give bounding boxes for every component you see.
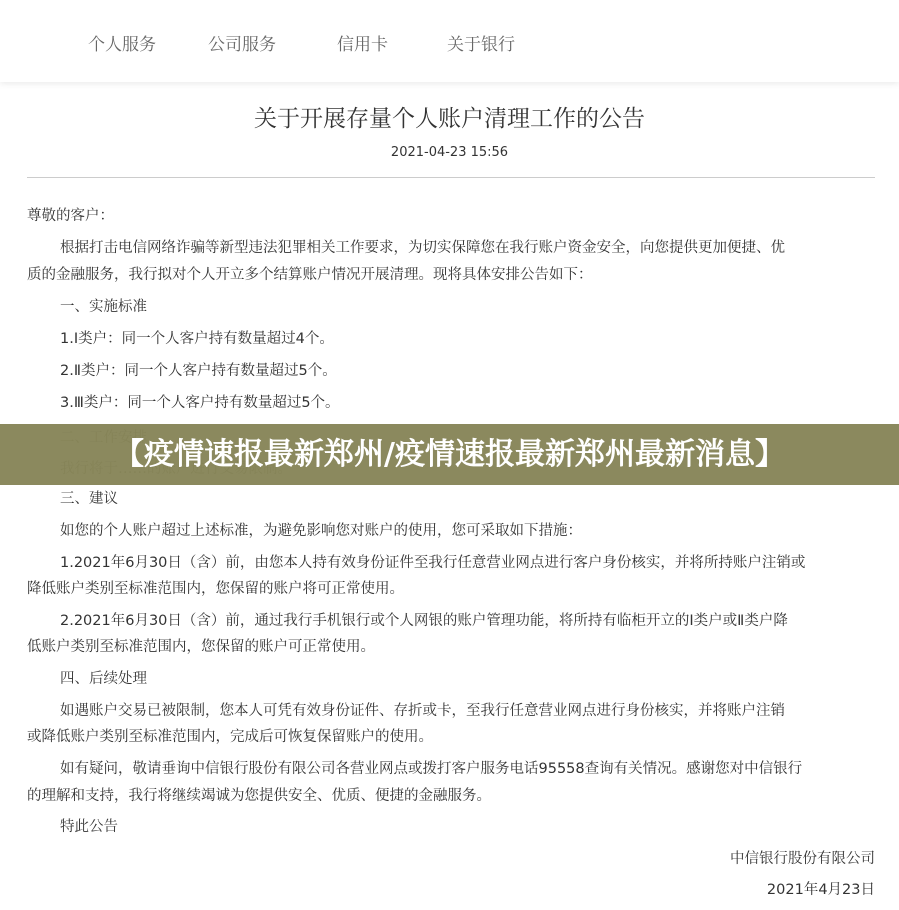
- section-3-item-2-line-2: 低账户类别至标准范围内，您保留的账户可正常使用。: [27, 637, 375, 657]
- section-4-body-line-2: 或降低账户类别至标准范围内，完成后可恢复保留账户的使用。: [27, 727, 433, 747]
- nav-item-personal-services[interactable]: 个人服务: [88, 30, 156, 55]
- nav-item-corporate-services[interactable]: 公司服务: [208, 30, 276, 55]
- closing-line-2: 的理解和支持，我行将继续竭诚为您提供安全、优质、便捷的金融服务。: [27, 786, 491, 806]
- intro-paragraph-line-2: 质的金融服务，我行拟对个人开立多个结算账户情况开展清理。现将具体安排公告如下：: [27, 265, 593, 285]
- article-datetime: 2021-04-23 15:56: [0, 145, 899, 160]
- signature-date: 2021年4月23日: [767, 880, 875, 900]
- article-title: 关于开展存量个人账户清理工作的公告: [0, 100, 899, 133]
- salutation: 尊敬的客户：: [27, 206, 114, 226]
- section-4-body-line-1: 如遇账户交易已被限制，您本人可凭有效身份证件、存折或卡，至我行任意营业网点进行身…: [60, 701, 785, 721]
- special-notice: 特此公告: [60, 817, 118, 837]
- section-3-heading: 三、建议: [60, 489, 118, 509]
- title-divider: [27, 177, 875, 178]
- section-3-item-1-line-2: 降低账户类别至标准范围内，您保留的账户将可正常使用。: [27, 579, 404, 599]
- section-4-heading: 四、后续处理: [60, 669, 147, 689]
- section-3-body: 如您的个人账户超过上述标准，为避免影响您对账户的使用，您可采取如下措施：: [60, 521, 582, 541]
- section-1-item-2: 2.Ⅱ类户：同一个人客户持有数量超过5个。: [60, 361, 337, 381]
- headline-banner-title: 【疫情速报最新郑州/疫情速报最新郑州最新消息】: [0, 424, 899, 485]
- signature-organization: 中信银行股份有限公司: [730, 849, 875, 869]
- nav-item-about-bank[interactable]: 关于银行: [447, 30, 515, 55]
- nav-item-credit-card[interactable]: 信用卡: [337, 30, 388, 55]
- closing-line-1: 如有疑问，敬请垂询中信银行股份有限公司各营业网点或拨打客户服务电话95558查询…: [60, 759, 802, 779]
- section-3-item-1-line-1: 1.2021年6月30日（含）前，由您本人持有效身份证件至我行任意营业网点进行客…: [60, 553, 805, 573]
- top-navigation: 个人服务 公司服务 信用卡 关于银行: [0, 0, 899, 82]
- intro-paragraph-line-1: 根据打击电信网络诈骗等新型违法犯罪相关工作要求，为切实保障您在我行账户资金安全，…: [60, 238, 785, 258]
- section-1-item-3: 3.Ⅲ类户：同一个人客户持有数量超过5个。: [60, 393, 340, 413]
- section-1-heading: 一、实施标准: [60, 297, 147, 317]
- section-3-item-2-line-1: 2.2021年6月30日（含）前，通过我行手机银行或个人网银的账户管理功能，将所…: [60, 611, 788, 631]
- section-1-item-1: 1.Ⅰ类户：同一个人客户持有数量超过4个。: [60, 329, 334, 349]
